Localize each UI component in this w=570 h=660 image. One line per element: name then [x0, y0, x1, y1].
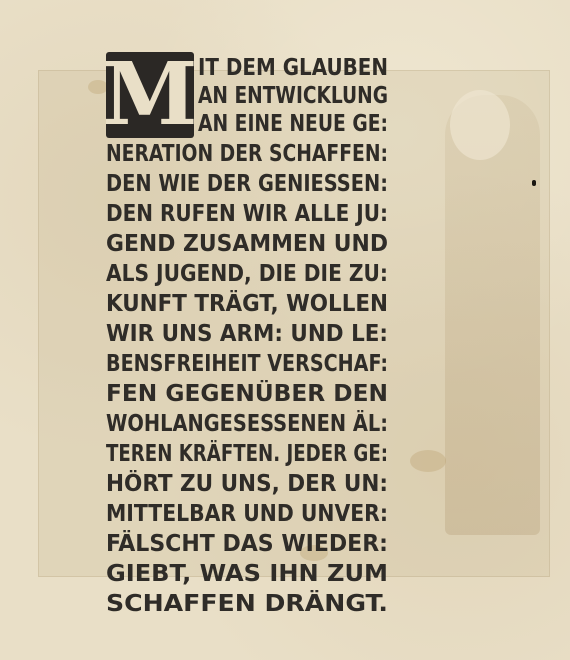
- text-line: bensfreiheit verschaf:: [106, 350, 388, 378]
- text-line: neration der schaffen:: [106, 140, 388, 168]
- text-line: wir uns arm: und le:: [106, 320, 388, 348]
- text-line: teren kräften. jeder ge:: [106, 440, 388, 468]
- text-line: wohlangesessenen äl:: [106, 410, 388, 438]
- text-line: schaffen drängt.: [106, 590, 388, 618]
- text-line: fen gegenüber den: [106, 380, 388, 408]
- ink-speck: [532, 180, 536, 186]
- text-line: den wie der geniessen:: [106, 170, 388, 198]
- text-line: den rufen wir alle ju:: [106, 200, 388, 228]
- text-line: an entwicklung: [198, 82, 388, 110]
- ghost-figure-head: [450, 90, 510, 160]
- manifesto-text-block: M it dem glauben an entwicklung an eine …: [106, 52, 388, 620]
- initial-letter: M: [106, 52, 194, 138]
- paper-stain: [410, 450, 446, 472]
- ghost-figure: [445, 95, 540, 535]
- text-line: als jugend, die die zu:: [106, 260, 388, 288]
- text-line: it dem glauben: [198, 54, 388, 82]
- text-line: hört zu uns, der un:: [106, 470, 388, 498]
- text-line: gend zusammen und: [106, 230, 388, 258]
- text-line: fälscht das wieder:: [106, 530, 388, 558]
- text-line: kunft trägt, wollen: [106, 290, 388, 318]
- text-line: giebt, was ihn zum: [106, 560, 388, 588]
- text-line: mittelbar und unver:: [106, 500, 388, 528]
- text-line: an eine neue ge:: [198, 110, 388, 138]
